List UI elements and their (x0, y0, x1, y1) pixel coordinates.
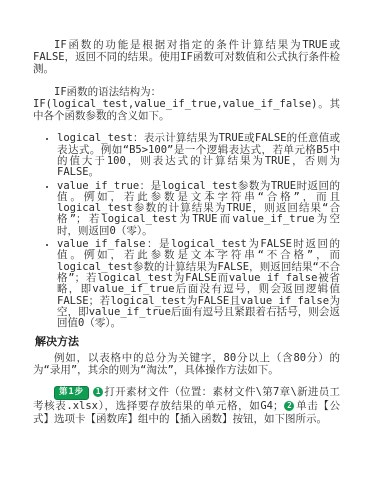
step1-badge: 第1步 (54, 386, 89, 400)
book-page: { "page": { "background_color": "#ffffff… (0, 0, 370, 480)
intro-paragraph: IF函数的功能是根据对指定的条件计算结果为TRUE或FALSE，返回不同的结果。… (33, 40, 340, 75)
solution-heading: 解决方法 (35, 336, 340, 348)
page-content: IF函数的功能是根据对指定的条件计算结果为TRUE或FALSE，返回不同的结果。… (0, 0, 370, 480)
step1-paragraph: 第1步1打开素材文件（位置：素材文件\第7章\新进员工考核表.xlsx），选择要… (33, 386, 340, 426)
syntax-formula-line: IF(logical_test,value_if_true,value_if_f… (33, 99, 340, 122)
param-item-logical-test: logical_test：表示计算结果为TRUE或FALSE的任意值或表达式。例… (57, 133, 340, 178)
param-item-value-if-true: value_if_true：是logical_test参数为TRUE时返回的值。… (57, 181, 340, 237)
circled-number-2-icon: 2 (284, 401, 294, 411)
parameter-list: logical_test：表示计算结果为TRUE或FALSE的任意值或表达式。例… (33, 133, 340, 329)
circled-number-1-icon: 1 (93, 387, 103, 397)
param-item-value-if-false: value_if_false：是logical_test为FALSE时返回的值。… (57, 239, 340, 329)
example-paragraph: 例如，以表格中的总分为关键字，80分以上（含80分）的为“录用”，其余的则为“淘… (33, 353, 340, 376)
